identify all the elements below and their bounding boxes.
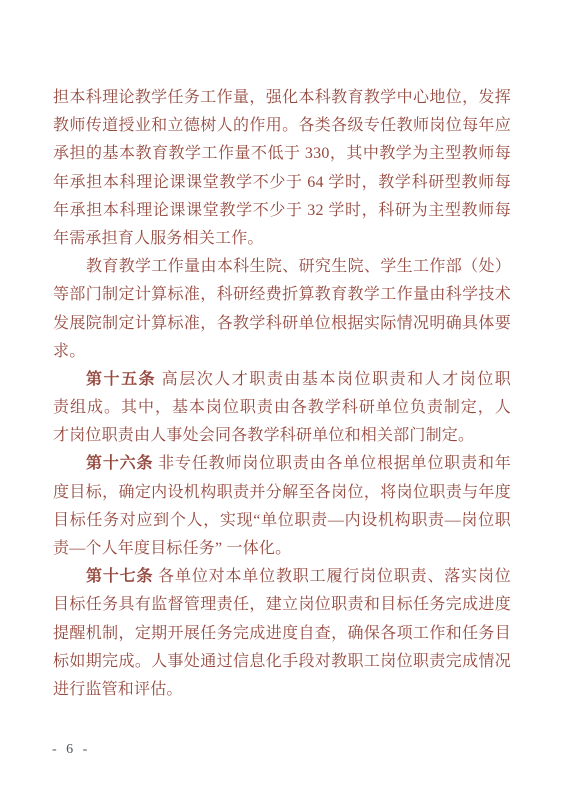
text-line: 承担的基本教育教学工作量不低于 330，其中教学为主型教师每 <box>53 140 511 168</box>
text-line: 标如期完成。人事处通过信息化手段对教职工岗位职责完成情况 <box>53 648 511 676</box>
text-line: 第十五条 高层次人才职责由基本岗位职责和人才岗位职 <box>53 366 511 394</box>
document-page: 担本科理论教学任务工作量，强化本科教育教学中心地位，发挥教师传道授业和立德树人的… <box>0 0 564 796</box>
text-line: 进行监管和评估。 <box>53 676 511 704</box>
text-line: 责组成。其中，基本岗位职责由各教学科研单位负责制定，人 <box>53 394 511 422</box>
text-block: 担本科理论教学任务工作量，强化本科教育教学中心地位，发挥教师传道授业和立德树人的… <box>53 84 511 704</box>
text-line: 求。 <box>53 338 511 366</box>
text-line: 年承担本科理论课课堂教学不少于 64 学时，教学科研型教师每 <box>53 169 511 197</box>
text-line: 教师传道授业和立德树人的作用。各类各级专任教师岗位每年应 <box>53 112 511 140</box>
text-line: 责—个人年度目标任务” 一体化。 <box>53 535 511 563</box>
clause-number: 第十五条 <box>86 371 156 388</box>
clause-number: 第十六条 <box>86 455 153 472</box>
text-line: 年需承担育人服务相关工作。 <box>53 225 511 253</box>
text-line: 年承担本科理论课课堂教学不少于 32 学时，科研为主型教师每 <box>53 197 511 225</box>
clause-number: 第十七条 <box>86 568 153 585</box>
text-line: 目标任务对应到个人，实现“单位职责—内设机构职责—岗位职 <box>53 507 511 535</box>
text-line: 提醒机制，定期开展任务完成进度自查，确保各项工作和任务目 <box>53 620 511 648</box>
text-line: 担本科理论教学任务工作量，强化本科教育教学中心地位，发挥 <box>53 84 511 112</box>
text-line: 教育教学工作量由本科生院、研究生院、学生工作部（处） <box>53 253 511 281</box>
text-line: 等部门制定计算标准，科研经费折算教育教学工作量由科学技术 <box>53 281 511 309</box>
text-line: 第十六条 非专任教师岗位职责由各单位根据单位职责和年 <box>53 450 511 478</box>
scanned-document-page: { "colors": { "background": "#ffffff", "… <box>0 0 564 796</box>
text-line: 度目标，确定内设机构职责并分解至各岗位，将岗位职责与年度 <box>53 479 511 507</box>
text-line: 目标任务具有监督管理责任，建立岗位职责和目标任务完成进度 <box>53 591 511 619</box>
page-number: - 6 - <box>52 740 90 760</box>
text-line: 第十七条 各单位对本单位教职工履行岗位职责、落实岗位 <box>53 563 511 591</box>
text-line: 发展院制定计算标准，各教学科研单位根据实际情况明确具体要 <box>53 310 511 338</box>
text-line: 才岗位职责由人事处会同各教学科研单位和相关部门制定。 <box>53 422 511 450</box>
